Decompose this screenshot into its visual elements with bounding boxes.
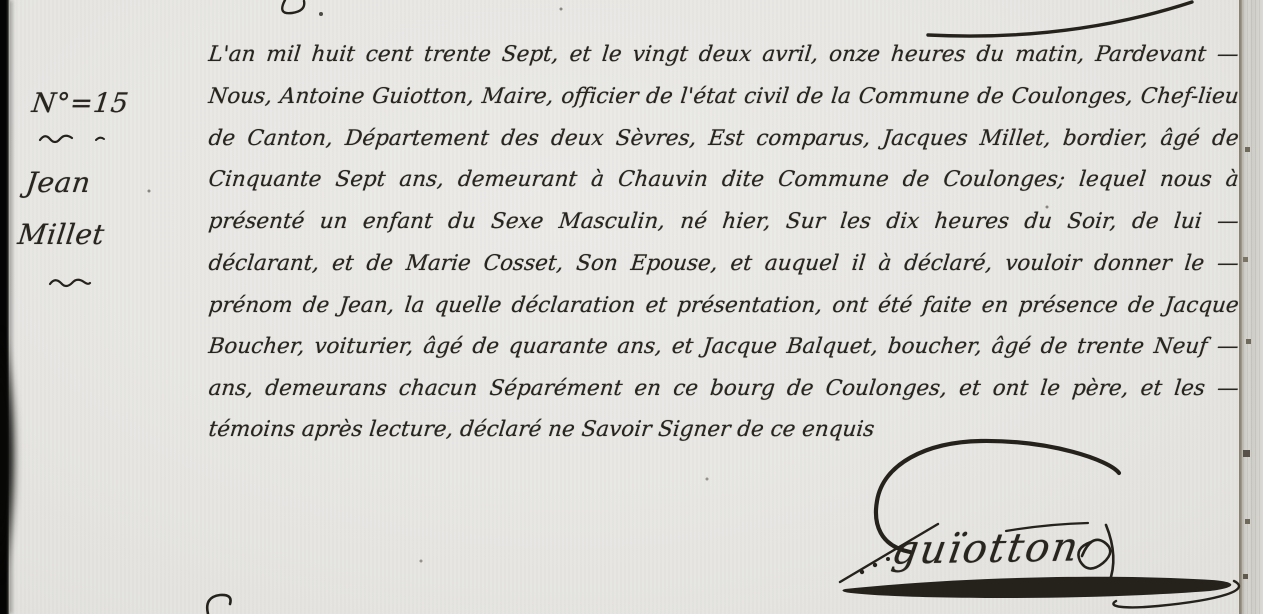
scanned-register-page: N°=15 Jean Millet L'an mil huit cent tre… bbox=[0, 0, 1263, 614]
paper-specks bbox=[0, 0, 2, 2]
body-line-8: Boucher, voiturier, âgé de quarante ans,… bbox=[207, 332, 1240, 362]
body-line-2: Nous, Antoine Guiotton, Maire, officier … bbox=[207, 82, 1240, 112]
signature-name: guïotton bbox=[889, 524, 1083, 573]
signature-flourishes bbox=[820, 430, 1263, 614]
body-line-10: témoins après lecture, déclaré ne Savoir… bbox=[207, 415, 876, 445]
body-line-3: de Canton, Département des deux Sèvres, … bbox=[207, 124, 1240, 154]
body-line-4: Cinquante Sept ans, demeurant à Chauvin … bbox=[207, 165, 1240, 195]
body-line-7: prénom de Jean, la quelle déclaration et… bbox=[207, 291, 1240, 321]
body-line-6: déclarant, et de Marie Cosset, Son Epous… bbox=[207, 249, 1240, 279]
margin-squiggle-top bbox=[38, 132, 78, 146]
body-line-1: L'an mil huit cent trente Sept, et le vi… bbox=[207, 40, 1240, 70]
margin-surname: Millet bbox=[16, 218, 106, 251]
body-line-5: présenté un enfant du Sexe Masculin, né … bbox=[207, 207, 1240, 237]
body-line-9: ans, demeurans chacun Séparément en ce b… bbox=[207, 374, 1240, 404]
margin-squiggle-bottom bbox=[48, 276, 92, 290]
margin-act-number: N°=15 bbox=[30, 88, 130, 119]
scan-left-edge-shadow bbox=[0, 330, 18, 580]
margin-given-name: Jean bbox=[24, 166, 93, 199]
next-entry-fragment bbox=[196, 589, 256, 614]
